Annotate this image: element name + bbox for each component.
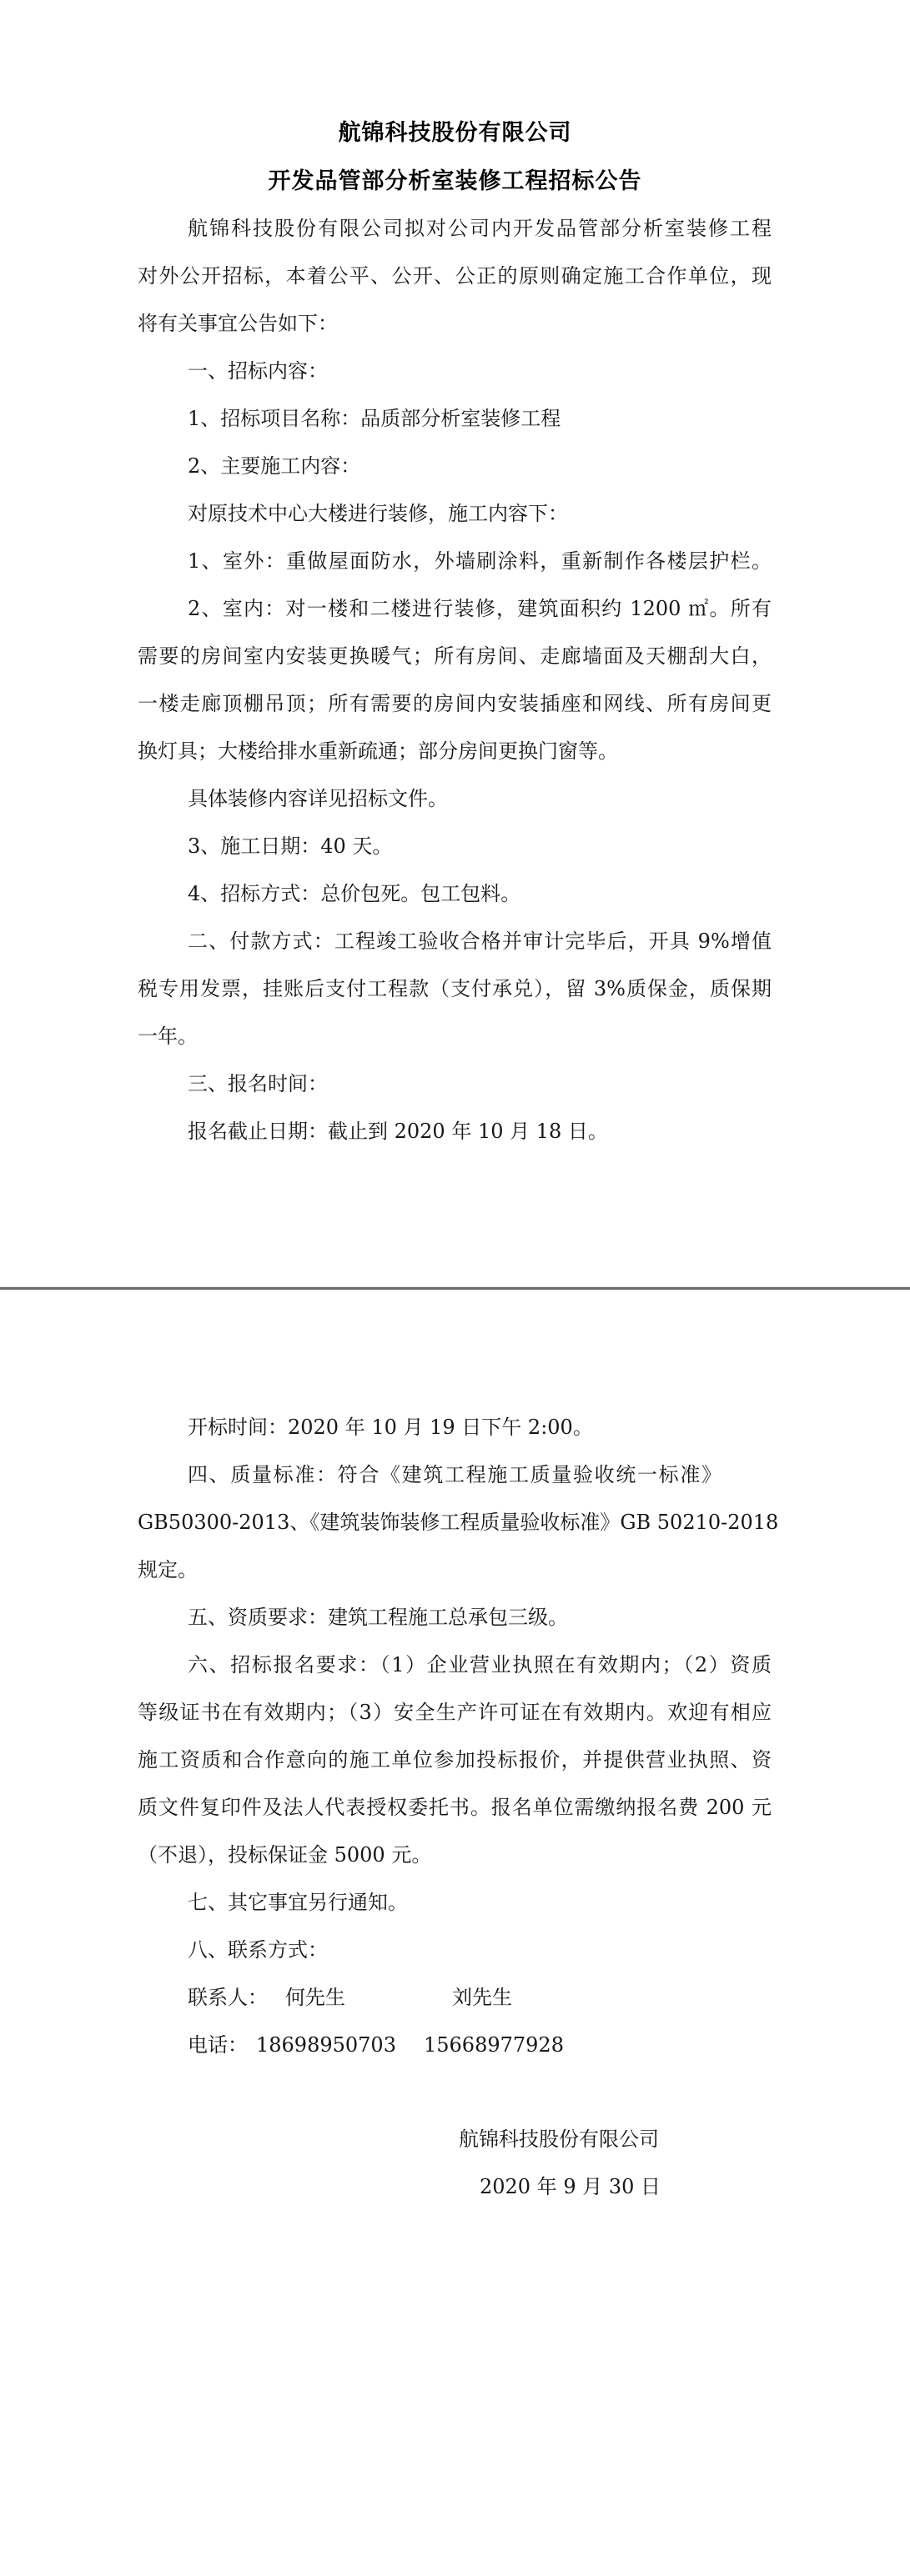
contact-phone-label: 电话： xyxy=(188,2032,248,2057)
quality-standard-line-3: 规定。 xyxy=(138,1557,198,1582)
registration-requirement-line-2: 等级证书在有效期内；（3）安全生产许可证在有效期内。欢迎有相应 xyxy=(138,1700,772,1725)
works-intro: 对原技术中心大楼进行装修，施工内容下： xyxy=(188,501,568,526)
works-indoor-line-2: 需要的房间室内安装更换暖气；所有房间、走廊墙面及天棚刮大白， xyxy=(138,644,772,669)
construction-period: 3、施工日期：40 天。 xyxy=(188,834,392,859)
contact-person-label: 联系人： xyxy=(188,1985,268,2010)
section-3-heading: 三、报名时间： xyxy=(188,1071,328,1096)
contact-person-1: 何先生 xyxy=(285,1985,345,2010)
qualification-requirement: 五、资质要求：建筑工程施工总承包三级。 xyxy=(188,1605,568,1630)
contact-phone-1: 18698950703 xyxy=(256,2032,396,2057)
registration-requirement-line-4: 质文件复印件及法人代表授权委托书。报名单位需缴纳报名费 200 元 xyxy=(138,1795,772,1820)
intro-line-1: 航锦科技股份有限公司拟对公司内开发品管部分析室装修工程 xyxy=(188,216,772,241)
works-indoor-line-3: 一楼走廊顶棚吊顶；所有需要的房间内安装插座和网线、所有房间更 xyxy=(138,691,772,716)
document-page-1: 航锦科技股份有限公司 开发品管部分析室装修工程招标公告 航锦科技股份有限公司拟对… xyxy=(0,0,910,1286)
payment-line-3: 一年。 xyxy=(138,1024,198,1049)
notice-title: 开发品管部分析室装修工程招标公告 xyxy=(0,168,910,195)
quality-standard-line-2: GB50300-2013、《建筑装饰装修工程质量验收标准》GB 50210-20… xyxy=(138,1510,721,1535)
works-indoor-line-1: 2、室内：对一楼和二楼进行装修，建筑面积约 1200 ㎡。所有 xyxy=(188,596,772,621)
signature-company: 航锦科技股份有限公司 xyxy=(459,2127,659,2152)
main-works-heading: 2、主要施工内容： xyxy=(188,454,360,479)
payment-line-1: 二、付款方式：工程竣工验收合格并审计完毕后，开具 9%增值 xyxy=(188,929,772,954)
payment-line-2: 税专用发票，挂账后支付工程款（支付承兑），留 3%质保金，质保期 xyxy=(138,976,772,1001)
intro-line-2: 对外公开招标，本着公平、公开、公正的原则确定施工合作单位，现 xyxy=(138,263,772,288)
bidding-method: 4、招标方式：总价包死。包工包料。 xyxy=(188,881,520,906)
signature-date: 2020 年 9 月 30 日 xyxy=(480,2174,661,2199)
contact-phone-2: 15668977928 xyxy=(424,2032,564,2057)
registration-deadline: 报名截止日期：截止到 2020 年 10 月 18 日。 xyxy=(188,1119,608,1144)
quality-standard-line-1: 四、质量标准：符合《建筑工程施工质量验收统一标准》 xyxy=(188,1462,721,1487)
contact-person-2: 刘先生 xyxy=(452,1985,512,2010)
intro-line-3: 将有关事宜公告如下： xyxy=(138,311,338,336)
registration-requirement-line-1: 六、招标报名要求：（1）企业营业执照在有效期内；（2）资质 xyxy=(188,1652,772,1677)
bid-opening-time: 开标时间：2020 年 10 月 19 日下午 2:00。 xyxy=(188,1415,593,1440)
details-reference: 具体装修内容详见招标文件。 xyxy=(188,786,448,811)
contact-heading: 八、联系方式： xyxy=(188,1937,328,1962)
section-1-heading: 一、招标内容： xyxy=(188,358,328,383)
works-indoor-line-4: 换灯具；大楼给排水重新疏通；部分房间更换门窗等。 xyxy=(138,739,618,764)
registration-requirement-line-3: 施工资质和合作意向的施工单位参加投标报价，并提供营业执照、资 xyxy=(138,1747,772,1772)
other-matters: 七、其它事宜另行通知。 xyxy=(188,1890,408,1915)
works-outdoor: 1、室外：重做屋面防水，外墙刷涂料，重新制作各楼层护栏。 xyxy=(188,549,772,574)
registration-requirement-line-5: （不退），投标保证金 5000 元。 xyxy=(138,1842,431,1867)
company-title: 航锦科技股份有限公司 xyxy=(0,120,910,147)
project-name: 1、招标项目名称：品质部分析室装修工程 xyxy=(188,406,561,431)
